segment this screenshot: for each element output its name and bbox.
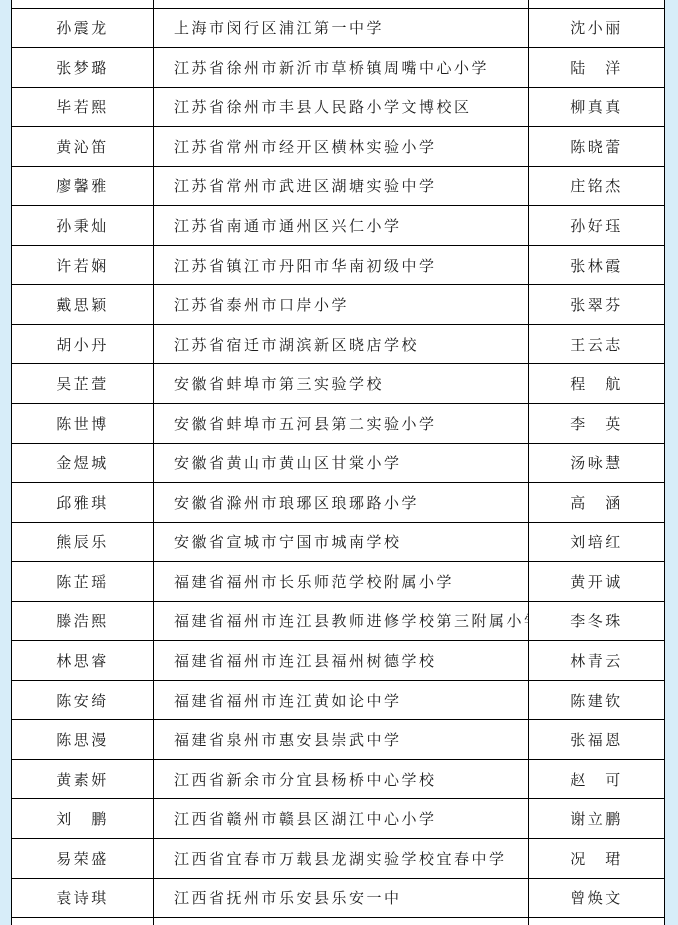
clipped-cell [12,918,154,925]
student-name-cell: 廖馨雅 [12,166,154,206]
teacher-name-cell: 黄开诚 [529,562,665,602]
table-row: 孙震龙 上海市闵行区浦江第一中学 沈小丽 [12,8,665,48]
student-name-cell: 吴芷萱 [12,364,154,404]
school-cell: 福建省福州市长乐师范学校附属小学 [154,562,529,602]
school-cell: 安徽省黄山市黄山区甘棠小学 [154,443,529,483]
school-cell: 江西省抚州市乐安县乐安一中 [154,878,529,918]
teacher-name-cell: 张翠芬 [529,285,665,325]
school-cell: 福建省福州市连江县福州树德学校 [154,641,529,681]
student-name-cell: 刘 鹏 [12,799,154,839]
table-row: 黄素妍 江西省新余市分宜县杨桥中心学校 赵 可 [12,759,665,799]
teacher-name-cell: 陈建钦 [529,680,665,720]
teacher-name-cell: 程 航 [529,364,665,404]
table-row: 陈思漫 福建省泉州市惠安县崇武中学 张福恩 [12,720,665,760]
teacher-name-cell: 柳真真 [529,87,665,127]
teacher-name-cell: 林青云 [529,641,665,681]
student-name-cell: 陈思漫 [12,720,154,760]
teacher-name-cell: 况 珺 [529,838,665,878]
student-name-cell: 戴思颖 [12,285,154,325]
school-cell: 江西省新余市分宜县杨桥中心学校 [154,759,529,799]
table-row: 陈芷瑶 福建省福州市长乐师范学校附属小学 黄开诚 [12,562,665,602]
table-row: 熊辰乐 安徽省宣城市宁国市城南学校 刘培红 [12,522,665,562]
table-row: 胡小丹 江苏省宿迁市湖滨新区晓店学校 王云志 [12,324,665,364]
table-row: 陈安绮 福建省福州市连江黄如论中学 陈建钦 [12,680,665,720]
school-cell: 江苏省徐州市新沂市草桥镇周嘴中心小学 [154,48,529,88]
student-name-cell: 毕若熙 [12,87,154,127]
student-name-cell: 陈安绮 [12,680,154,720]
clipped-row-bottom [12,918,665,925]
student-name-cell: 滕浩熙 [12,601,154,641]
teacher-name-cell: 张林霞 [529,245,665,285]
teacher-name-cell: 孙好珏 [529,206,665,246]
clipped-cell [12,0,154,8]
student-name-cell: 孙震龙 [12,8,154,48]
school-cell: 江苏省常州市武进区湖塘实验中学 [154,166,529,206]
roster-table-body: 孙震龙 上海市闵行区浦江第一中学 沈小丽 张梦璐 江苏省徐州市新沂市草桥镇周嘴中… [12,0,665,925]
school-cell: 江苏省镇江市丹阳市华南初级中学 [154,245,529,285]
school-cell: 安徽省蚌埠市第三实验学校 [154,364,529,404]
teacher-name-cell: 李冬珠 [529,601,665,641]
student-name-cell: 金煜城 [12,443,154,483]
table-row: 邱雅琪 安徽省滁州市琅琊区琅琊路小学 高 涵 [12,483,665,523]
student-name-cell: 易荣盛 [12,838,154,878]
student-name-cell: 陈世博 [12,403,154,443]
student-name-cell: 林思睿 [12,641,154,681]
student-name-cell: 许若娴 [12,245,154,285]
teacher-name-cell: 谢立鹏 [529,799,665,839]
table-row: 张梦璐 江苏省徐州市新沂市草桥镇周嘴中心小学 陆 洋 [12,48,665,88]
table-row: 毕若熙 江苏省徐州市丰县人民路小学文博校区 柳真真 [12,87,665,127]
school-cell: 福建省福州市连江黄如论中学 [154,680,529,720]
school-cell: 江苏省徐州市丰县人民路小学文博校区 [154,87,529,127]
teacher-name-cell: 刘培红 [529,522,665,562]
table-row: 袁诗琪 江西省抚州市乐安县乐安一中 曾焕文 [12,878,665,918]
table-row: 林思睿 福建省福州市连江县福州树德学校 林青云 [12,641,665,681]
teacher-name-cell: 李 英 [529,403,665,443]
table-row: 吴芷萱 安徽省蚌埠市第三实验学校 程 航 [12,364,665,404]
teacher-name-cell: 陆 洋 [529,48,665,88]
school-cell: 安徽省滁州市琅琊区琅琊路小学 [154,483,529,523]
teacher-name-cell: 沈小丽 [529,8,665,48]
table-row: 孙秉灿 江苏省南通市通州区兴仁小学 孙好珏 [12,206,665,246]
clipped-cell [154,0,529,8]
table-row: 许若娴 江苏省镇江市丹阳市华南初级中学 张林霞 [12,245,665,285]
school-cell: 江西省宜春市万载县龙湖实验学校宜春中学 [154,838,529,878]
student-name-cell: 陈芷瑶 [12,562,154,602]
student-name-cell: 袁诗琪 [12,878,154,918]
student-name-cell: 胡小丹 [12,324,154,364]
teacher-name-cell: 曾焕文 [529,878,665,918]
student-name-cell: 邱雅琪 [12,483,154,523]
school-cell: 江苏省泰州市口岸小学 [154,285,529,325]
clipped-cell [529,918,665,925]
clipped-row-top [12,0,665,8]
roster-table: 孙震龙 上海市闵行区浦江第一中学 沈小丽 张梦璐 江苏省徐州市新沂市草桥镇周嘴中… [11,0,665,925]
clipped-cell [529,0,665,8]
teacher-name-cell: 陈晓蕾 [529,127,665,167]
school-cell: 江苏省宿迁市湖滨新区晓店学校 [154,324,529,364]
table-row: 滕浩熙 福建省福州市连江县教师进修学校第三附属小学 李冬珠 [12,601,665,641]
clipped-cell [154,918,529,925]
teacher-name-cell: 庄铭杰 [529,166,665,206]
table-row: 陈世博 安徽省蚌埠市五河县第二实验小学 李 英 [12,403,665,443]
school-cell: 江西省赣州市赣县区湖江中心小学 [154,799,529,839]
student-name-cell: 孙秉灿 [12,206,154,246]
school-cell: 江苏省常州市经开区横林实验小学 [154,127,529,167]
table-row: 戴思颖 江苏省泰州市口岸小学 张翠芬 [12,285,665,325]
school-cell: 江苏省南通市通州区兴仁小学 [154,206,529,246]
table-row: 黄沁笛 江苏省常州市经开区横林实验小学 陈晓蕾 [12,127,665,167]
teacher-name-cell: 王云志 [529,324,665,364]
table-row: 金煜城 安徽省黄山市黄山区甘棠小学 汤咏慧 [12,443,665,483]
teacher-name-cell: 汤咏慧 [529,443,665,483]
student-name-cell: 黄素妍 [12,759,154,799]
table-row: 刘 鹏 江西省赣州市赣县区湖江中心小学 谢立鹏 [12,799,665,839]
student-name-cell: 黄沁笛 [12,127,154,167]
school-cell: 安徽省宣城市宁国市城南学校 [154,522,529,562]
teacher-name-cell: 高 涵 [529,483,665,523]
student-name-cell: 张梦璐 [12,48,154,88]
school-cell: 上海市闵行区浦江第一中学 [154,8,529,48]
teacher-name-cell: 赵 可 [529,759,665,799]
teacher-name-cell: 张福恩 [529,720,665,760]
table-row: 易荣盛 江西省宜春市万载县龙湖实验学校宜春中学 况 珺 [12,838,665,878]
document-page: 孙震龙 上海市闵行区浦江第一中学 沈小丽 张梦璐 江苏省徐州市新沂市草桥镇周嘴中… [0,0,678,925]
school-cell: 安徽省蚌埠市五河县第二实验小学 [154,403,529,443]
table-row: 廖馨雅 江苏省常州市武进区湖塘实验中学 庄铭杰 [12,166,665,206]
student-name-cell: 熊辰乐 [12,522,154,562]
school-cell: 福建省福州市连江县教师进修学校第三附属小学 [154,601,529,641]
school-cell: 福建省泉州市惠安县崇武中学 [154,720,529,760]
